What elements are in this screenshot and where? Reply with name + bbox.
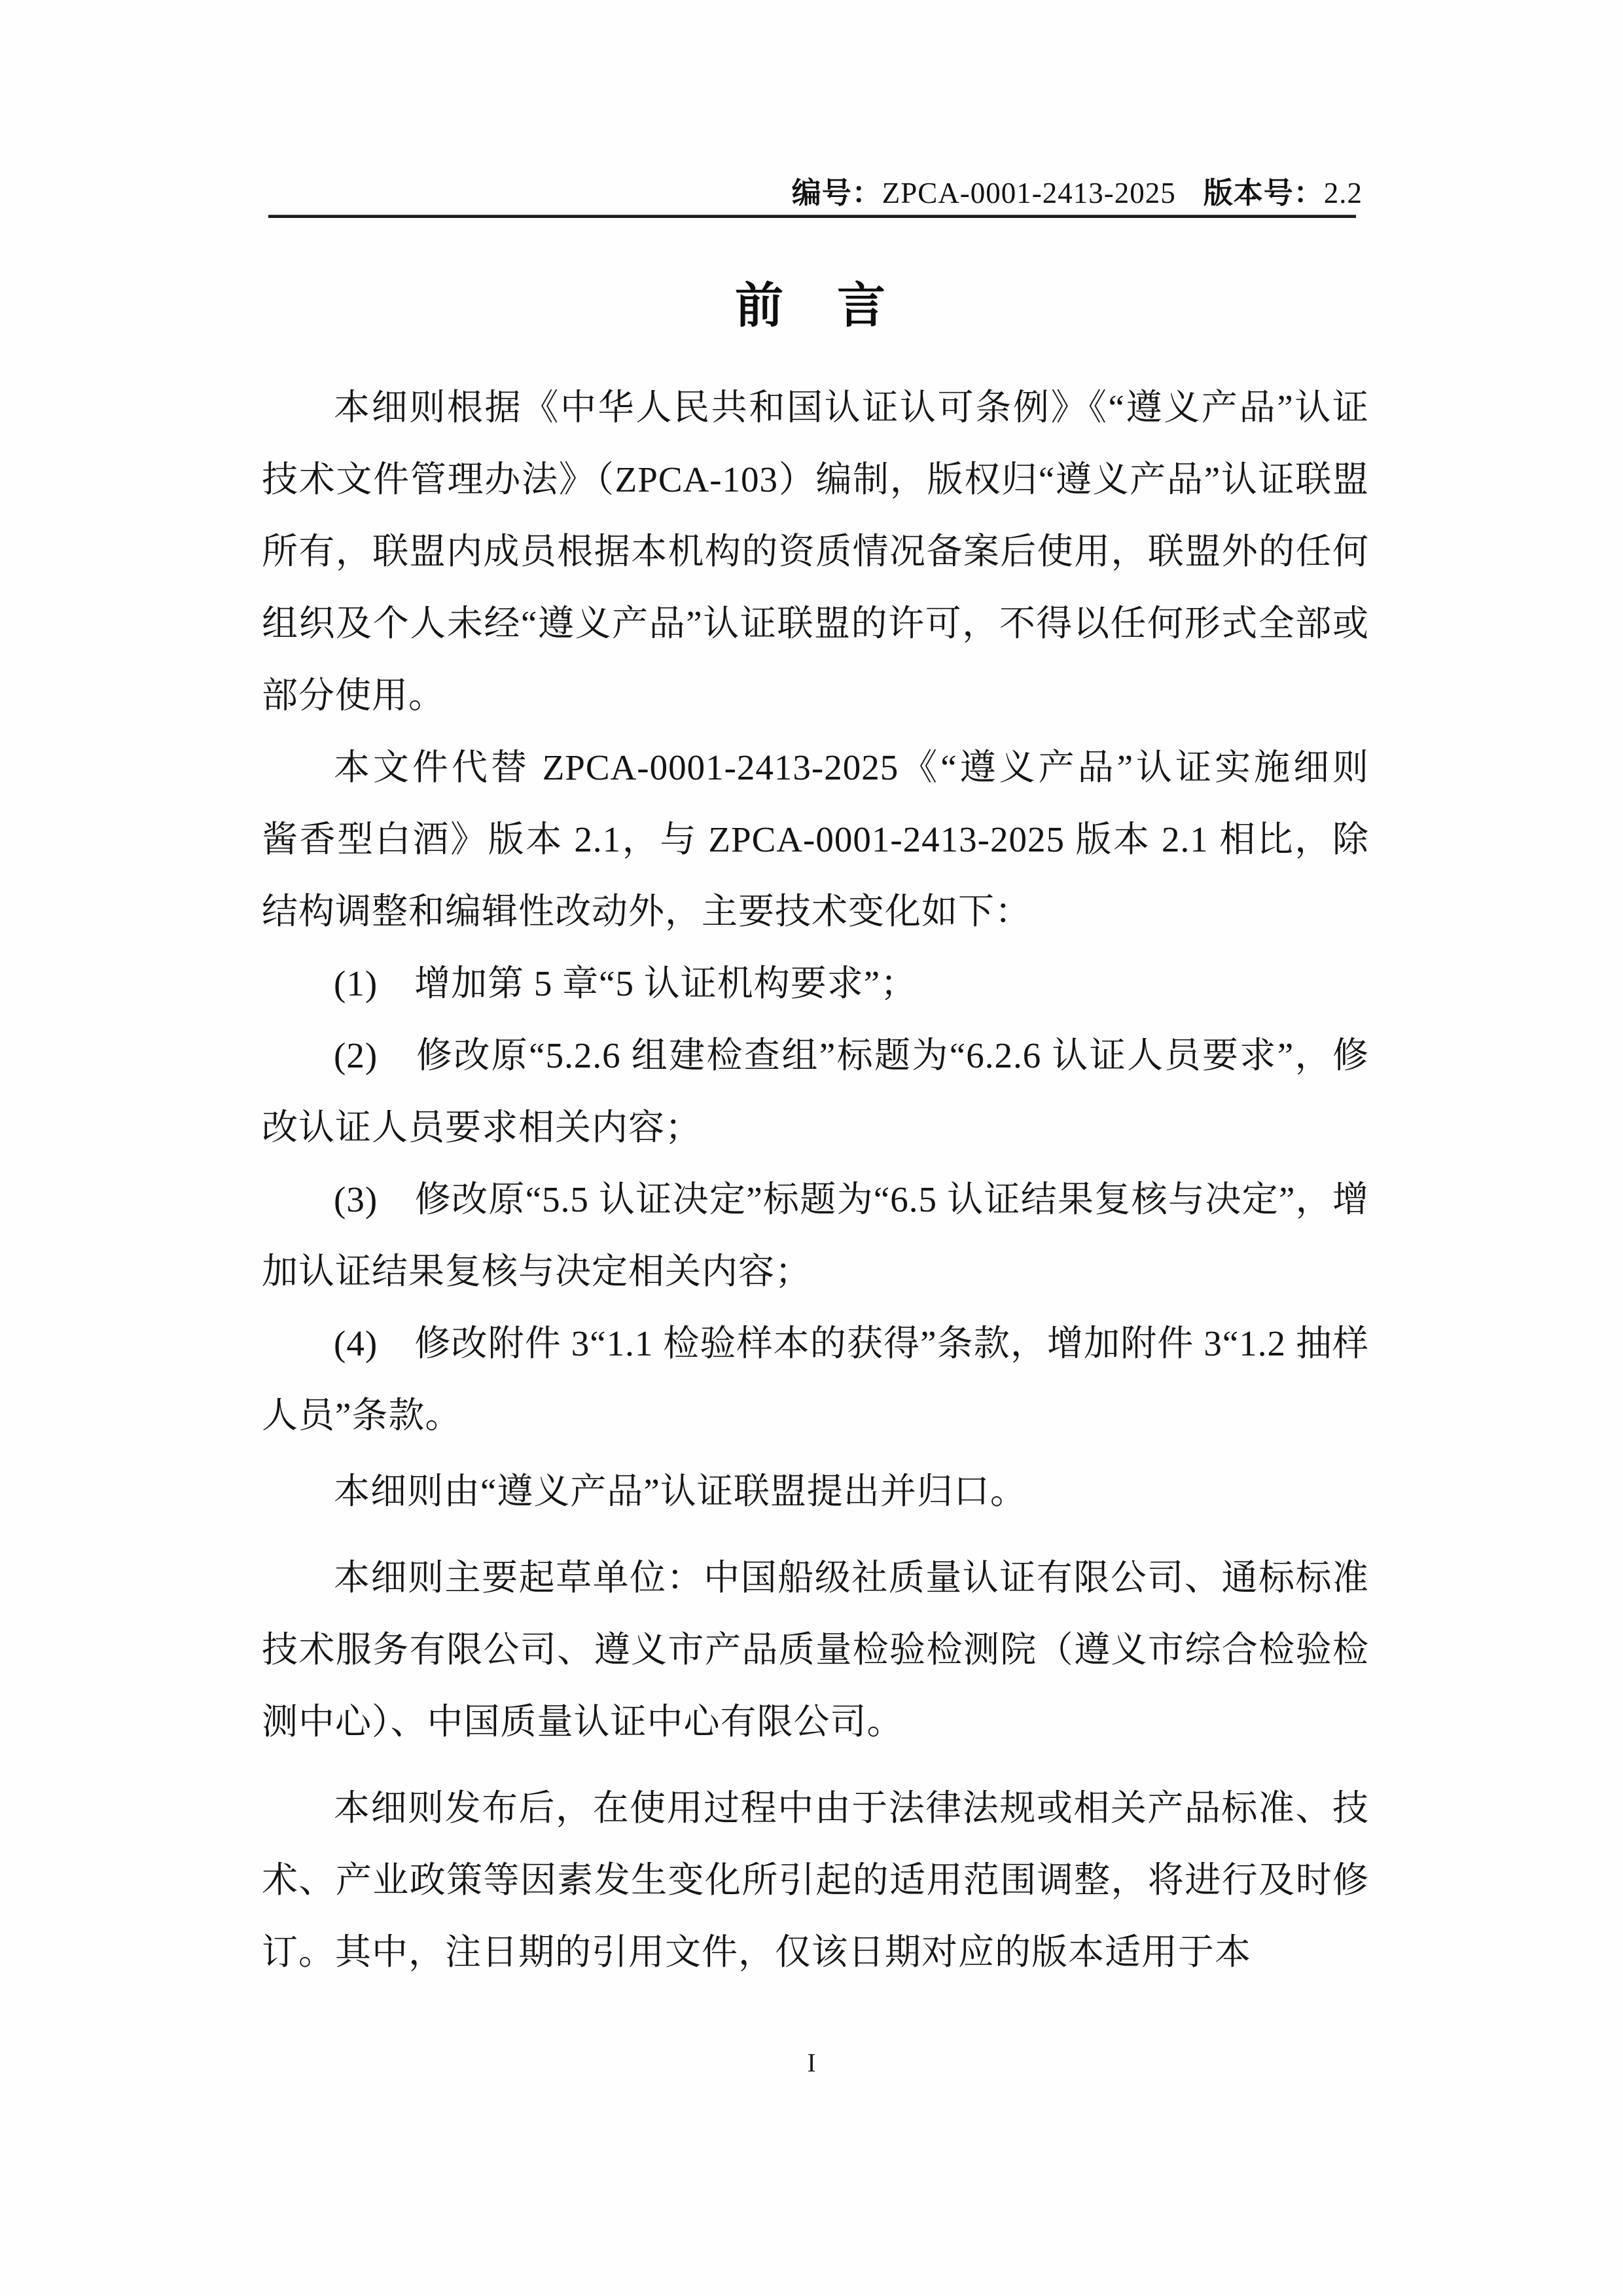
paragraph-drafters: 本细则主要起草单位：中国船级社质量认证有限公司、通标标准技术服务有限公司、遵义市… bbox=[262, 1542, 1369, 1758]
version-value: 2.2 bbox=[1324, 177, 1363, 209]
page-footer: I bbox=[0, 2047, 1623, 2078]
change-item-1: (1) 增加第 5 章“5 认证机构要求”； bbox=[262, 948, 1369, 1020]
page-header: 编号：ZPCA-0001-2413-2025版本号：2.2 bbox=[268, 169, 1363, 211]
version-label: 版本号： bbox=[1204, 176, 1324, 209]
page-title: 前 言 bbox=[0, 267, 1623, 336]
doc-number-value: ZPCA-0001-2413-2025 bbox=[882, 177, 1176, 209]
change-item-2: (2) 修改原“5.2.6 组建检查组”标题为“6.2.6 认证人员要求”，修改… bbox=[262, 1020, 1369, 1164]
paragraph-copyright: 本细则根据《中华人民共和国认证认可条例》《“遵义产品”认证技术文件管理办法》（Z… bbox=[262, 372, 1369, 732]
change-item-4: (4) 修改附件 3“1.1 检验样本的获得”条款，增加附件 3“1.2 抽样人… bbox=[262, 1308, 1369, 1452]
document-page: 编号：ZPCA-0001-2413-2025版本号：2.2 前 言 本细则根据《… bbox=[0, 0, 1623, 2296]
doc-number-label: 编号： bbox=[792, 176, 882, 209]
paragraph-replacement: 本文件代替 ZPCA-0001-2413-2025《“遵义产品”认证实施细则 酱… bbox=[262, 732, 1369, 948]
change-item-3: (3) 修改原“5.5 认证决定”标题为“6.5 认证结果复核与决定”，增加认证… bbox=[262, 1164, 1369, 1308]
header-divider bbox=[268, 215, 1356, 218]
paragraph-proposer: 本细则由“遵义产品”认证联盟提出并归口。 bbox=[262, 1456, 1369, 1528]
paragraph-revision-note: 本细则发布后，在使用过程中由于法律法规或相关产品标准、技术、产业政策等因素发生变… bbox=[262, 1772, 1369, 1988]
page-number: I bbox=[807, 2048, 815, 2077]
document-body: 本细则根据《中华人民共和国认证认可条例》《“遵义产品”认证技术文件管理办法》（Z… bbox=[262, 372, 1369, 1988]
